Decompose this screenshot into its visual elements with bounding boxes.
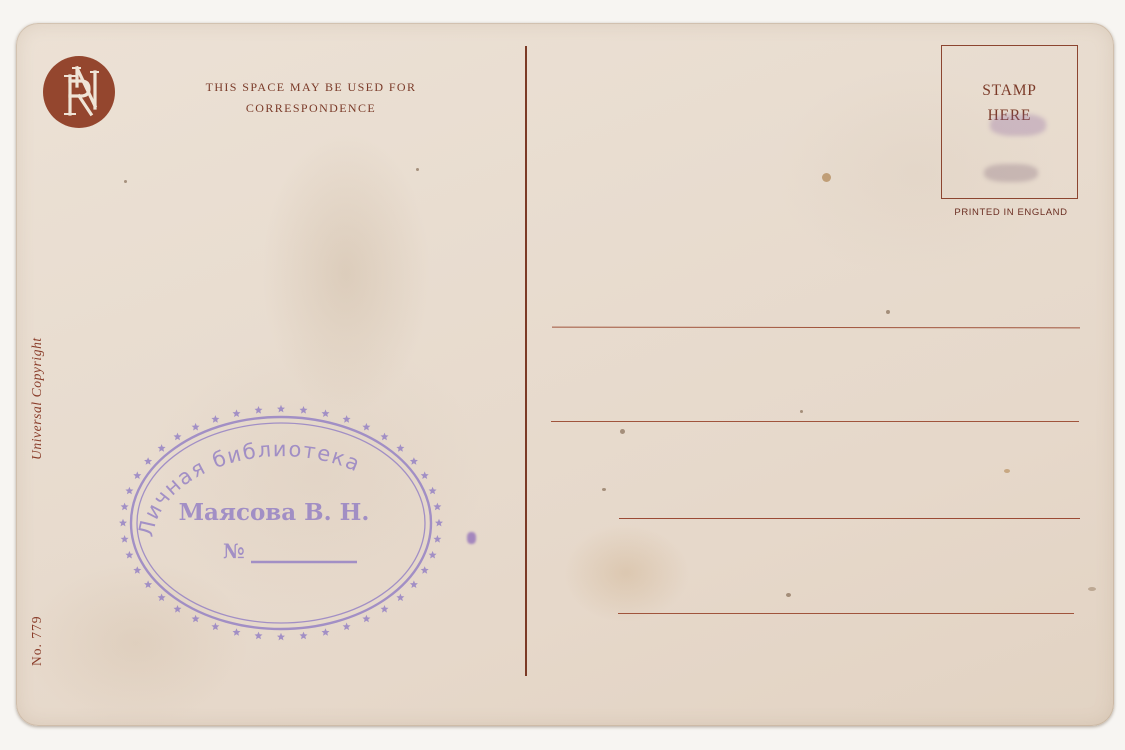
correspondence-notice-line1: THIS SPACE MAY BE USED FOR (166, 77, 456, 98)
stamp-box: STAMP HERE (941, 45, 1078, 199)
copyright-text: Universal Copyright (29, 337, 45, 460)
address-line-3 (619, 518, 1080, 519)
postcard-back: THIS SPACE MAY BE USED FOR CORRESPONDENC… (16, 23, 1114, 726)
center-divider (525, 46, 527, 676)
publisher-monogram-icon (43, 56, 115, 128)
stamp-box-line1: STAMP (942, 78, 1077, 103)
stain-speck (602, 488, 606, 491)
stain-speck (800, 410, 803, 413)
ink-smudge (990, 114, 1046, 136)
stamp-number-label: № (223, 539, 245, 563)
stain-speck (1088, 587, 1096, 591)
stain-speck (886, 310, 890, 314)
ink-mark (467, 532, 476, 544)
stain-speck (822, 173, 831, 182)
stain-speck (1004, 469, 1010, 473)
correspondence-notice-line2: CORRESPONDENCE (166, 98, 456, 119)
address-line-4 (618, 613, 1074, 614)
library-ownership-stamp: Личная библиотека Маясова В. Н. № (111, 388, 451, 648)
stain-speck (416, 168, 419, 171)
stain-speck (620, 429, 625, 434)
address-line-2 (551, 421, 1079, 422)
stain-speck (786, 593, 791, 597)
correspondence-notice: THIS SPACE MAY BE USED FOR CORRESPONDENC… (166, 77, 456, 119)
card-number: No. 779 (29, 616, 45, 667)
printed-in-england: PRINTED IN ENGLAND (936, 207, 1086, 218)
stamp-owner-name: Маясова В. Н. (179, 499, 370, 526)
address-line-1 (552, 327, 1080, 329)
ink-smudge (984, 164, 1038, 182)
stain-speck (124, 180, 127, 183)
